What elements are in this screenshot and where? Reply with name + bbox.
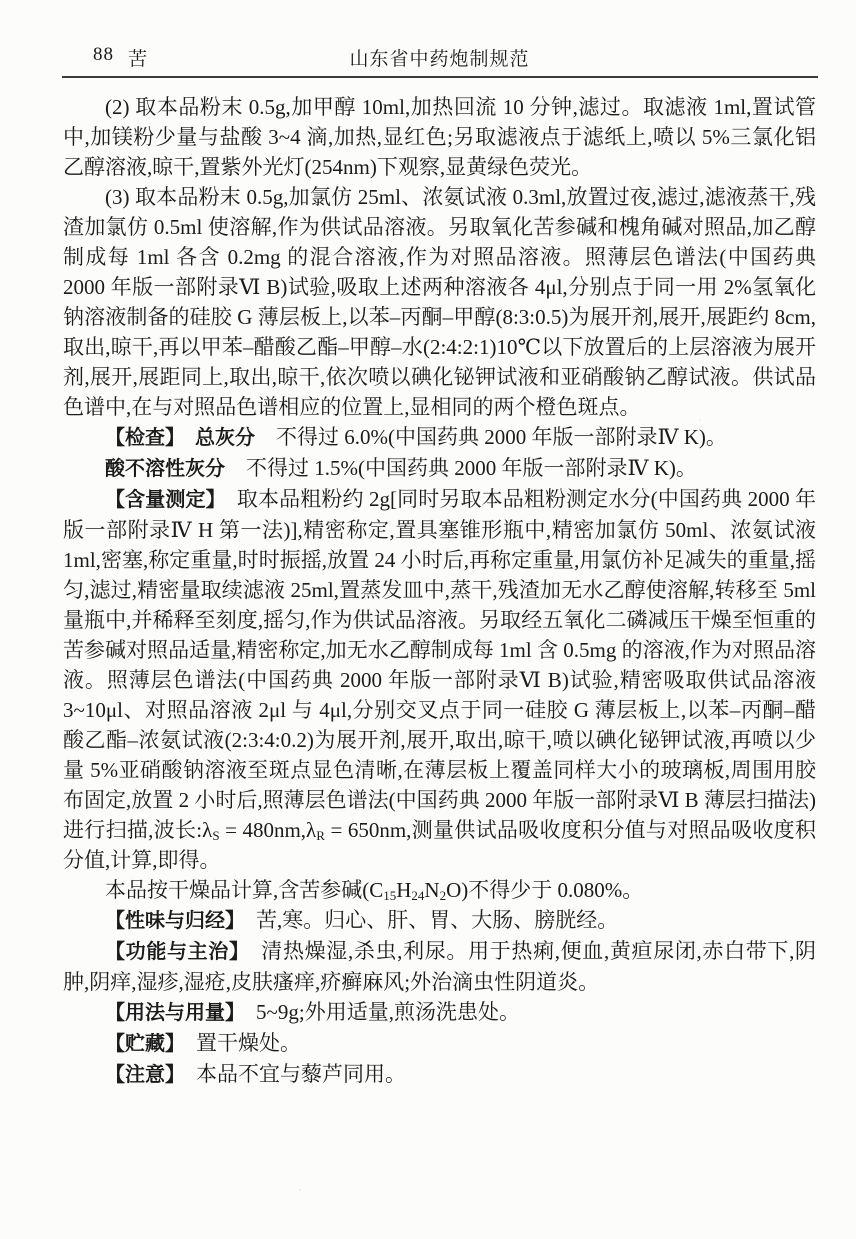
book-page: 88 苦 山东省中药炮制规范 (2) 取本品粉末 0.5g,加甲醇 10ml,加… bbox=[0, 0, 856, 1239]
paragraph: 【性味与归经】 苦,寒。归心、肝、胃、大肠、膀胱经。 bbox=[63, 905, 816, 936]
section-label: 【性味与归经】 bbox=[105, 910, 235, 932]
paragraph: 【检查】 总灰分 不得过 6.0%(中国药典 2000 年版一部附录Ⅳ K)。 bbox=[63, 422, 816, 453]
section-label: 【注意】 bbox=[105, 1064, 175, 1086]
book-title: 山东省中药炮制规范 bbox=[63, 44, 816, 71]
section-label: 【含量测定】 bbox=[105, 489, 216, 511]
section-label: 【贮藏】 bbox=[105, 1033, 175, 1055]
subscript: 24 bbox=[411, 888, 424, 903]
subscript: R bbox=[316, 828, 325, 843]
text-run: (3) 取本品粉末 0.5g,加氯仿 25ml、浓氨试液 0.3ml,放置过夜,… bbox=[63, 185, 816, 419]
subscript: 15 bbox=[383, 888, 396, 903]
section-label: 【检查】 总灰分 bbox=[105, 427, 255, 449]
text-run: 本品不宜与藜芦同用。 bbox=[175, 1062, 406, 1086]
paragraph: 【功能与主治】 清热燥湿,杀虫,利尿。用于热痢,便血,黄疸尿闭,赤白带下,阴肿,… bbox=[63, 936, 816, 997]
subscript: S bbox=[212, 828, 219, 843]
text-run: O)不得少于 0.080%。 bbox=[446, 878, 643, 902]
paragraph: 【贮藏】 置干燥处。 bbox=[63, 1028, 816, 1059]
text-run: 取本品粗粉约 2g[同时另取本品粗粉测定水分(中国药典 2000 年版一部附录Ⅳ… bbox=[63, 487, 816, 842]
paragraph: 酸不溶性灰分 不得过 1.5%(中国药典 2000 年版一部附录Ⅳ K)。 bbox=[63, 453, 816, 484]
text-run: 置干燥处。 bbox=[175, 1031, 301, 1055]
page-header: 88 苦 山东省中药炮制规范 bbox=[63, 44, 816, 70]
text-run: H bbox=[396, 878, 411, 902]
section-label: 【功能与主治】 bbox=[105, 941, 240, 963]
text-run: 本品按干燥品计算,含苦参碱(C bbox=[105, 878, 383, 902]
header-rule bbox=[62, 76, 818, 78]
text-run: N bbox=[424, 878, 439, 902]
paragraph: (3) 取本品粉末 0.5g,加氯仿 25ml、浓氨试液 0.3ml,放置过夜,… bbox=[63, 182, 816, 422]
text-run: = 480nm,λ bbox=[220, 818, 317, 842]
section-label: 【用法与用量】 bbox=[105, 1002, 235, 1024]
text-run: 苦,寒。归心、肝、胃、大肠、膀胱经。 bbox=[235, 908, 618, 932]
paragraph: 本品按干燥品计算,含苦参碱(C15H24N2O)不得少于 0.080%。 bbox=[63, 875, 816, 905]
paragraph: 【用法与用量】 5~9g;外用适量,煎汤洗患处。 bbox=[63, 997, 816, 1028]
paragraph: (2) 取本品粉末 0.5g,加甲醇 10ml,加热回流 10 分钟,滤过。取滤… bbox=[63, 92, 816, 182]
section-label: 酸不溶性灰分 bbox=[105, 458, 225, 480]
text-run: (2) 取本品粉末 0.5g,加甲醇 10ml,加热回流 10 分钟,滤过。取滤… bbox=[63, 95, 816, 179]
paragraph: 【注意】 本品不宜与藜芦同用。 bbox=[63, 1059, 816, 1090]
text-run: 5~9g;外用适量,煎汤洗患处。 bbox=[235, 1000, 520, 1024]
document-body: (2) 取本品粉末 0.5g,加甲醇 10ml,加热回流 10 分钟,滤过。取滤… bbox=[63, 92, 816, 1090]
text-run: 不得过 1.5%(中国药典 2000 年版一部附录Ⅳ K)。 bbox=[225, 456, 697, 480]
text-run: 不得过 6.0%(中国药典 2000 年版一部附录Ⅳ K)。 bbox=[255, 425, 727, 449]
paragraph: 【含量测定】 取本品粗粉约 2g[同时另取本品粗粉测定水分(中国药典 2000 … bbox=[63, 484, 816, 875]
